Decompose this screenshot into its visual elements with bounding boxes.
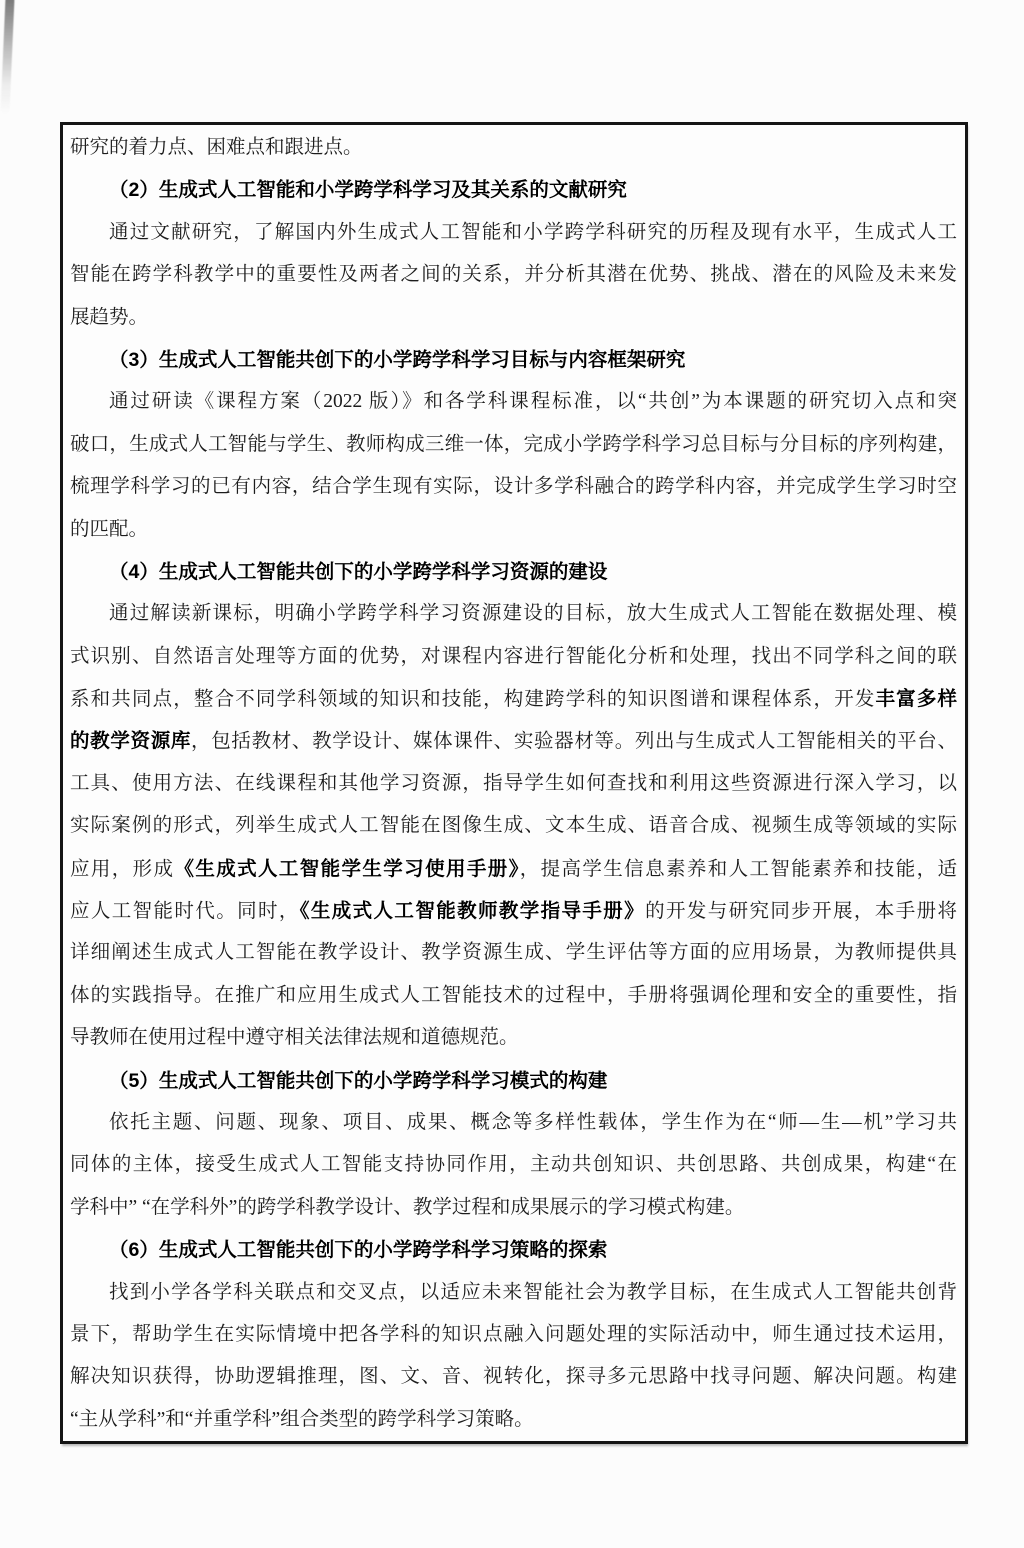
text: 梳理学科学习的已有内容，结合学生现有实际，设计多学科融合的跨学科内容，并完成学生…: [70, 476, 957, 497]
text-line: 实际案例的形式，列举生成式人工智能在图像生成、文本生成、语音合成、视频生成等领域…: [70, 805, 957, 847]
text: 展趋势。: [70, 307, 148, 328]
section-heading: （6）生成式人工智能共创下的小学跨学科学习策略的探索: [70, 1229, 957, 1271]
text-line: 通过研读《课程方案（2022 版）》和各学科课程标准，以“共创”为本课题的研究切…: [70, 381, 957, 423]
text: 导教师在使用过程中遵守相关法律法规和道德规范。: [70, 1027, 519, 1048]
text: 详细阐述生成式人工智能在教学设计、教学资源生成、学生评估等方面的应用场景，为教师…: [70, 942, 957, 963]
text: 依托主题、问题、现象、项目、成果、概念等多样性载体，学生作为在“师—生—机”学习…: [109, 1112, 957, 1133]
scanned-page: 研究的着力点、困难点和跟进点。（2）生成式人工智能和小学跨学科学习及其关系的文献…: [0, 0, 1024, 1548]
bold-text: 《生成式人工智能教师教学指导手册》: [300, 900, 645, 922]
document-body: 研究的着力点、困难点和跟进点。（2）生成式人工智能和小学跨学科学习及其关系的文献…: [70, 127, 957, 1441]
text-line: 导教师在使用过程中遵守相关法律法规和道德规范。: [70, 1017, 957, 1059]
section-heading: （4）生成式人工智能共创下的小学跨学科学习资源的建设: [70, 551, 957, 593]
text-line: 的匹配。: [70, 509, 957, 551]
text-line: 展趋势。: [70, 297, 957, 339]
bold-text: 的教学资源库: [70, 730, 191, 752]
text: 解决知识获得，协助逻辑推理，图、文、音、视转化，探寻多元思路中找寻问题、解决问题…: [70, 1366, 957, 1387]
text: ，提高学生信息素养和人工智能素养和技能，适: [520, 859, 957, 880]
bold-text: （5）生成式人工智能共创下的小学跨学科学习模式的构建: [109, 1070, 607, 1092]
text-line: 应人工智能时代。同时，《生成式人工智能教师教学指导手册》的开发与研究同步开展，本…: [70, 890, 957, 932]
section-heading: （2）生成式人工智能和小学跨学科学习及其关系的文献研究: [70, 169, 957, 211]
text-line: 系和共同点，整合不同学科领域的知识和技能，构建跨学科的知识图谱和课程体系，开发丰…: [70, 678, 957, 720]
text: 系和共同点，整合不同学科领域的知识和技能，构建跨学科的知识图谱和课程体系，开发: [70, 689, 876, 710]
text: 破口，生成式人工智能与学生、教师构成三维一体，完成小学跨学科学习总目标与分目标的…: [70, 434, 957, 455]
text: 应用，形成: [70, 859, 174, 880]
text: 的开发与研究同步开展，本手册将: [645, 901, 957, 922]
text-line: 同体的主体，接受生成式人工智能支持协同作用，主动共创知识、共创思路、共创成果，构…: [70, 1144, 957, 1186]
text: 智能在跨学科教学中的重要性及两者之间的关系，并分析其潜在优势、挑战、潜在的风险及…: [70, 264, 957, 285]
text-line: 梳理学科学习的已有内容，结合学生现有实际，设计多学科融合的跨学科内容，并完成学生…: [70, 466, 957, 508]
text: 同体的主体，接受生成式人工智能支持协同作用，主动共创知识、共创思路、共创成果，构…: [70, 1154, 957, 1175]
text-line: 破口，生成式人工智能与学生、教师构成三维一体，完成小学跨学科学习总目标与分目标的…: [70, 424, 957, 466]
bold-text: （2）生成式人工智能和小学跨学科学习及其关系的文献研究: [109, 179, 627, 201]
text: 体的实践指导。在推广和应用生成式人工智能技术的过程中，手册将强调伦理和安全的重要…: [70, 985, 957, 1006]
text-line: 学科中” “在学科外”的跨学科教学设计、教学过程和成果展示的学习模式构建。: [70, 1187, 957, 1229]
section-heading: （3）生成式人工智能共创下的小学跨学科学习目标与内容框架研究: [70, 339, 957, 381]
text-line: 找到小学各学科关联点和交叉点，以适应未来智能社会为教学目标，在生成式人工智能共创…: [70, 1272, 957, 1314]
text: 找到小学各学科关联点和交叉点，以适应未来智能社会为教学目标，在生成式人工智能共创…: [109, 1282, 957, 1303]
text-line: 景下，帮助学生在实际情境中把各学科的知识点融入问题处理的实际活动中，师生通过技术…: [70, 1314, 957, 1356]
text: 通过研读《课程方案（2022 版）》和各学科课程标准，以“共创”为本课题的研究切…: [109, 391, 957, 412]
text-line: 通过解读新课标，明确小学跨学科学习资源建设的目标，放大生成式人工智能在数据处理、…: [70, 593, 957, 635]
text-line: 的教学资源库，包括教材、教学设计、媒体课件、实验器材等。列出与生成式人工智能相关…: [70, 720, 957, 762]
text-line: 应用，形成《生成式人工智能学生学习使用手册》，提高学生信息素养和人工智能素养和技…: [70, 848, 957, 890]
text: 研究的着力点、困难点和跟进点。: [70, 137, 363, 158]
document-border-box: 研究的着力点、困难点和跟进点。（2）生成式人工智能和小学跨学科学习及其关系的文献…: [60, 122, 968, 1444]
text: ，包括教材、教学设计、媒体课件、实验器材等。列出与生成式人工智能相关的平台、: [191, 731, 957, 752]
scan-edge-artifact: [0, 0, 14, 114]
text-line: 依托主题、问题、现象、项目、成果、概念等多样性载体，学生作为在“师—生—机”学习…: [70, 1102, 957, 1144]
bold-text: （6）生成式人工智能共创下的小学跨学科学习策略的探索: [109, 1239, 607, 1261]
text: 实际案例的形式，列举生成式人工智能在图像生成、文本生成、语音合成、视频生成等领域…: [70, 815, 957, 836]
text-line: 体的实践指导。在推广和应用生成式人工智能技术的过程中，手册将强调伦理和安全的重要…: [70, 975, 957, 1017]
text: “主从学科”和“并重学科”组合类型的跨学科学习策略。: [70, 1409, 534, 1430]
text: 通过文献研究，了解国内外生成式人工智能和小学跨学科研究的历程及现有水平，生成式人…: [109, 222, 957, 243]
text-line: “主从学科”和“并重学科”组合类型的跨学科学习策略。: [70, 1399, 957, 1441]
text: 式识别、自然语言处理等方面的优势，对课程内容进行智能化分析和处理，找出不同学科之…: [70, 646, 957, 667]
text: 的匹配。: [70, 519, 148, 540]
bold-text: 《生成式人工智能学生学习使用手册》: [174, 858, 519, 880]
section-heading: （5）生成式人工智能共创下的小学跨学科学习模式的构建: [70, 1060, 957, 1102]
text-line: 智能在跨学科教学中的重要性及两者之间的关系，并分析其潜在优势、挑战、潜在的风险及…: [70, 254, 957, 296]
text-line: 通过文献研究，了解国内外生成式人工智能和小学跨学科研究的历程及现有水平，生成式人…: [70, 212, 957, 254]
text: 景下，帮助学生在实际情境中把各学科的知识点融入问题处理的实际活动中，师生通过技术…: [70, 1324, 957, 1345]
text-line: 研究的着力点、困难点和跟进点。: [70, 127, 957, 169]
text: 通过解读新课标，明确小学跨学科学习资源建设的目标，放大生成式人工智能在数据处理、…: [109, 603, 957, 624]
bold-text: （4）生成式人工智能共创下的小学跨学科学习资源的建设: [109, 561, 607, 583]
text: 应人工智能时代。同时，: [70, 901, 300, 922]
text-line: 式识别、自然语言处理等方面的优势，对课程内容进行智能化分析和处理，找出不同学科之…: [70, 636, 957, 678]
bold-text: 丰富多样: [876, 688, 957, 710]
text: 工具、使用方法、在线课程和其他学习资源，指导学生如何查找和利用这些资源进行深入学…: [70, 773, 957, 794]
text-line: 工具、使用方法、在线课程和其他学习资源，指导学生如何查找和利用这些资源进行深入学…: [70, 763, 957, 805]
text-line: 详细阐述生成式人工智能在教学设计、教学资源生成、学生评估等方面的应用场景，为教师…: [70, 932, 957, 974]
text: 学科中” “在学科外”的跨学科教学设计、教学过程和成果展示的学习模式构建。: [70, 1197, 744, 1218]
bold-text: （3）生成式人工智能共创下的小学跨学科学习目标与内容框架研究: [109, 349, 685, 371]
text-line: 解决知识获得，协助逻辑推理，图、文、音、视转化，探寻多元思路中找寻问题、解决问题…: [70, 1356, 957, 1398]
